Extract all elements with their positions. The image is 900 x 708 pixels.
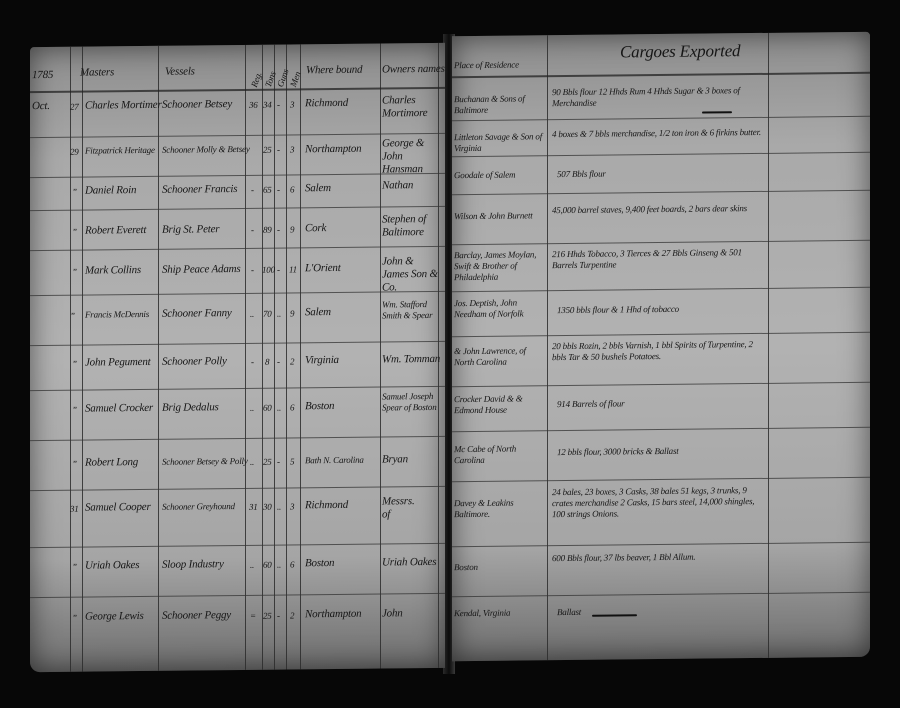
header-residence: Place of Residence	[454, 59, 519, 71]
row-vessel: Schooner Fanny	[162, 307, 232, 321]
row-owners: Samuel Joseph Spear of Boston	[382, 391, 438, 414]
header-rule	[30, 87, 445, 93]
row-cargo: 216 Hhds Tobacco, 3 Tierces & 27 Bbls Gi…	[552, 247, 762, 271]
row-rule	[30, 543, 445, 548]
row-cargo: 20 bbls Rozin, 2 bbls Varnish, 1 bbl Spi…	[552, 339, 766, 363]
row-day: ”	[72, 359, 77, 370]
row-where-bound: Salem	[305, 182, 331, 195]
row-residence: Jos. Deptish, John Needham of Norfolk	[454, 297, 546, 320]
row-tons: 30	[263, 502, 272, 513]
row-men: 5	[290, 456, 294, 467]
row-residence: Wilson & John Burnett	[454, 210, 533, 222]
row-vessel: Schooner Betsey & Polly	[162, 456, 248, 468]
row-owners: Messrs. of	[382, 495, 422, 521]
row-tons: 25	[263, 145, 272, 156]
rule-masters	[158, 46, 159, 671]
row-guns: -	[277, 265, 280, 276]
row-men: 11	[289, 264, 297, 275]
row-residence: Crocker David & & Edmond House	[454, 393, 546, 416]
row-vessel: Brig Dedalus	[162, 401, 219, 415]
row-rule	[30, 436, 445, 441]
row-day: ”	[72, 613, 77, 624]
rule-vessels	[245, 45, 246, 670]
row-owners: John	[382, 607, 403, 620]
row-rule	[452, 477, 870, 482]
row-vessel: Sloop Industry	[162, 558, 224, 572]
row-day: ”	[72, 405, 77, 416]
row-cargo: 24 bales, 23 boxes, 3 Casks, 38 bales 51…	[552, 485, 762, 520]
row-guns: ..	[277, 502, 281, 513]
row-rule	[30, 341, 445, 346]
row-master: Samuel Cooper	[85, 501, 151, 515]
row-men: 3	[290, 501, 294, 512]
header-rule	[452, 72, 870, 78]
row-reg: ..	[250, 309, 254, 320]
row-guns: -	[277, 145, 280, 156]
row-reg: -	[251, 225, 254, 236]
row-where-bound: Northampton	[305, 608, 361, 622]
header-vessels: Vessels	[165, 65, 195, 78]
row-rule	[452, 332, 870, 337]
row-cargo: 1350 bbls flour & 1 Hhd of tobacco	[557, 304, 679, 316]
row-where-bound: Bath N. Carolina	[305, 455, 364, 467]
row-cargo: 12 bbls flour, 3000 bricks & Ballast	[557, 446, 679, 458]
row-day: ”	[72, 459, 77, 470]
row-guns: ..	[277, 560, 281, 571]
row-day: 29	[70, 147, 79, 158]
row-master: Mark Collins	[85, 264, 141, 278]
row-day: ”	[72, 187, 77, 198]
row-residence: Littleton Savage & Son of Virginia	[454, 131, 546, 154]
row-rule	[452, 190, 870, 195]
row-men: 2	[290, 610, 294, 621]
row-residence: Buchanan & Sons of Baltimore	[454, 93, 546, 116]
row-vessel: Schooner Polly	[162, 355, 227, 369]
rule-bound	[380, 43, 381, 668]
row-cargo: 90 Bbls flour 12 Hhds Rum 4 Hhds Sugar &…	[552, 85, 752, 109]
row-owners: Bryan	[382, 453, 408, 466]
row-day: 31	[70, 504, 79, 515]
row-residence: Mc Cabe of North Carolina	[454, 443, 546, 466]
row-residence: & John Lawrence, of North Carolina	[454, 345, 546, 368]
rule-men	[300, 44, 301, 669]
row-residence: Davey & Leakins Baltimore.	[454, 497, 546, 520]
row-tons: 34	[263, 100, 272, 111]
row-where-bound: Richmond	[305, 499, 348, 512]
rule-date	[70, 47, 71, 672]
row-reg: 31	[249, 502, 258, 513]
end-dash	[702, 111, 732, 113]
header-where-bound: Where bound	[306, 64, 362, 78]
row-master: Fitzpatrick Heritage	[85, 145, 155, 157]
row-owners: Wm. Tomman	[382, 353, 440, 367]
row-guns: -	[277, 357, 280, 368]
row-reg: 36	[249, 100, 258, 111]
row-vessel: Schooner Betsey	[162, 98, 232, 112]
row-tons: 25	[263, 457, 272, 468]
row-tons: 60	[263, 403, 272, 414]
row-where-bound: L'Orient	[305, 262, 341, 275]
row-vessel: Brig St. Peter	[162, 223, 219, 237]
row-owners: Stephen of Baltimore	[382, 213, 438, 240]
row-men: 9	[290, 308, 294, 319]
row-tons: 8	[265, 357, 269, 368]
row-reg: -	[251, 265, 254, 276]
row-tons: 70	[263, 309, 272, 320]
row-day: ”	[72, 227, 77, 238]
row-cargo: 914 Barrels of flour	[557, 398, 624, 410]
row-tons: 100	[262, 265, 275, 276]
row-where-bound: Salem	[305, 306, 331, 319]
row-rule	[30, 386, 445, 391]
row-rule	[30, 246, 445, 251]
row-master: Samuel Crocker	[85, 402, 153, 416]
row-cargo: 507 Bbls flour	[557, 169, 606, 181]
row-where-bound: Boston	[305, 400, 334, 413]
header-masters: Masters	[80, 66, 114, 79]
row-rule	[30, 593, 445, 598]
row-day: ”	[72, 562, 77, 573]
row-master: Robert Everett	[85, 224, 146, 238]
row-owners: Nathan	[382, 179, 413, 192]
row-residence: Boston	[454, 562, 478, 573]
row-vessel: Schooner Greyhound	[162, 501, 235, 513]
row-where-bound: Virginia	[305, 354, 339, 367]
row-guns: -	[277, 225, 280, 236]
row-master: George Lewis	[85, 610, 144, 624]
row-guns: -	[277, 185, 280, 196]
row-vessel: Ship Peace Adams	[162, 263, 240, 277]
row-vessel: Schooner Peggy	[162, 609, 231, 623]
row-men: 2	[290, 356, 294, 367]
row-men: 6	[290, 559, 294, 570]
row-cargo: 45,000 barrel staves, 9,400 feet boards,…	[552, 203, 762, 216]
row-reg: -	[251, 357, 254, 368]
row-guns: -	[277, 100, 280, 111]
row-day: ”	[70, 311, 75, 322]
row-where-bound: Northampton	[305, 143, 361, 157]
row-master: Uriah Oakes	[85, 559, 139, 573]
row-tons: 89	[263, 225, 272, 236]
row-vessel: Schooner Francis	[162, 183, 237, 197]
row-master: Charles Mortimer	[85, 99, 162, 113]
row-men: 3	[290, 99, 294, 110]
row-day: ”	[72, 267, 77, 278]
row-rule	[30, 206, 445, 211]
rule-cargo	[768, 33, 769, 658]
row-tons: 60	[263, 560, 272, 571]
row-where-bound: Cork	[305, 222, 326, 235]
row-month: Oct.	[32, 100, 50, 113]
rule-residence	[547, 35, 548, 660]
row-cargo: 600 Bbls flour, 37 lbs beaver, 1 Bbl All…	[552, 551, 762, 564]
row-reg: -	[251, 185, 254, 196]
row-tons: 65	[263, 185, 272, 196]
row-guns: ..	[277, 309, 281, 320]
row-owners: George & John Hansman	[382, 137, 438, 177]
rule-guns	[286, 44, 287, 669]
row-rule	[452, 116, 870, 121]
row-rule	[452, 542, 870, 547]
row-men: 6	[290, 184, 294, 195]
row-owners: John & James Son & Co.	[382, 255, 438, 295]
row-master: Francis McDennis	[85, 309, 149, 321]
header-owners: Owners names	[382, 63, 445, 77]
row-owners: Uriah Oakes	[382, 556, 436, 570]
row-where-bound: Richmond	[305, 97, 348, 110]
rule-reg	[262, 45, 263, 670]
row-where-bound: Boston	[305, 557, 334, 570]
row-cargo: Ballast	[557, 607, 581, 618]
rule-tons	[274, 45, 275, 670]
row-reg: ..	[250, 403, 254, 414]
ledger-right-page: Place of Residence Cargoes Exported Buch…	[452, 32, 870, 661]
row-owners: Wm. Stafford Smith & Spear	[382, 299, 438, 322]
row-rule	[452, 240, 870, 245]
header-cargoes: Cargoes Exported	[620, 41, 740, 62]
row-residence: Kendal, Virginia	[454, 608, 510, 620]
row-reg: =	[250, 611, 256, 622]
row-rule	[452, 592, 870, 597]
end-dash	[592, 614, 637, 616]
row-owners: Charles Mortimore	[382, 94, 438, 121]
row-rule	[452, 382, 870, 387]
row-day: 27	[70, 102, 79, 113]
row-cargo: 4 boxes & 7 bbls merchandise, 1/2 ton ir…	[552, 127, 762, 140]
row-master: Robert Long	[85, 456, 138, 470]
row-men: 6	[290, 402, 294, 413]
row-rule	[452, 287, 870, 292]
row-reg: ..	[250, 457, 254, 468]
row-residence: Goodale of Salem	[454, 170, 515, 182]
row-master: Daniel Roin	[85, 184, 136, 198]
row-guns: -	[277, 457, 280, 468]
row-men: 9	[290, 224, 294, 235]
row-tons: 25	[263, 611, 272, 622]
row-guns: -	[277, 611, 280, 622]
row-reg: ..	[250, 560, 254, 571]
row-guns: ..	[277, 403, 281, 414]
header-year: 1785	[32, 69, 53, 82]
row-residence: Barclay, James Moylan, Swift & Brother o…	[454, 249, 546, 283]
row-men: 3	[290, 144, 294, 155]
row-vessel: Schooner Molly & Betsey	[162, 144, 250, 156]
row-rule	[30, 486, 445, 491]
row-rule	[452, 427, 870, 432]
row-master: John Pegument	[85, 356, 151, 370]
ledger-left-page: 1785 Masters Vessels Reg. Tons Guns Men …	[30, 43, 445, 672]
rule-day	[82, 47, 83, 672]
